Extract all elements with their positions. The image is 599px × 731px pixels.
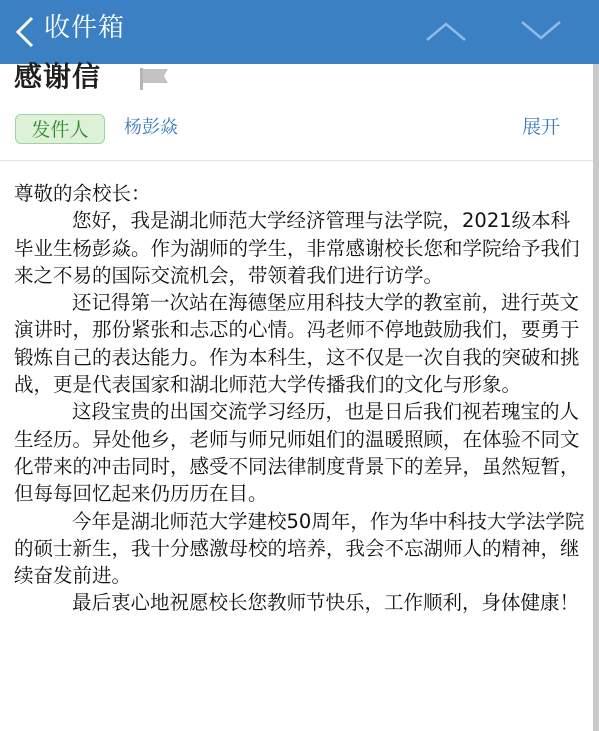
- mail-paragraph: 您好，我是湖北师范大学经济管理与法学院，2021级本科毕业生杨彭焱。作为湖师的学…: [14, 207, 588, 289]
- flag-icon: [140, 68, 170, 90]
- chevron-left-icon: [10, 12, 40, 52]
- scrollbar[interactable]: [593, 64, 599, 731]
- chevron-down-icon: [518, 16, 564, 46]
- flag-button[interactable]: [140, 68, 170, 90]
- header-divider: [0, 160, 593, 161]
- next-mail-button[interactable]: [518, 16, 564, 46]
- chevron-up-icon: [423, 16, 469, 46]
- mail-paragraph: 最后衷心地祝愿校长您教师节快乐，工作顺利，身体健康！: [14, 589, 588, 616]
- sender-label: 发件人: [15, 114, 105, 144]
- inbox-title: 收件箱: [44, 12, 125, 44]
- previous-mail-button[interactable]: [423, 16, 469, 46]
- mail-paragraph: 这段宝贵的出国交流学习经历，也是日后我们视若瑰宝的人生经历。异处他乡，老师与师兄…: [14, 398, 588, 507]
- back-button[interactable]: [10, 12, 40, 52]
- top-bar: 收件箱: [0, 0, 599, 64]
- mail-paragraph: 今年是湖北师范大学建校50周年，作为华中科技大学法学院的硕士新生，我十分感激母校…: [14, 508, 588, 590]
- mail-body: 尊敬的余校长： 您好，我是湖北师范大学经济管理与法学院，2021级本科毕业生杨彭…: [14, 180, 588, 617]
- mail-subject: 感谢信: [14, 60, 101, 94]
- mail-paragraph: 还记得第一次站在海德堡应用科技大学的教室前，进行英文演讲时，那份紧张和忐忑的心情…: [14, 289, 588, 398]
- expand-button[interactable]: 展开: [522, 114, 560, 140]
- sender-name-link[interactable]: 杨彭焱: [124, 115, 178, 141]
- mail-greeting: 尊敬的余校长：: [14, 180, 588, 207]
